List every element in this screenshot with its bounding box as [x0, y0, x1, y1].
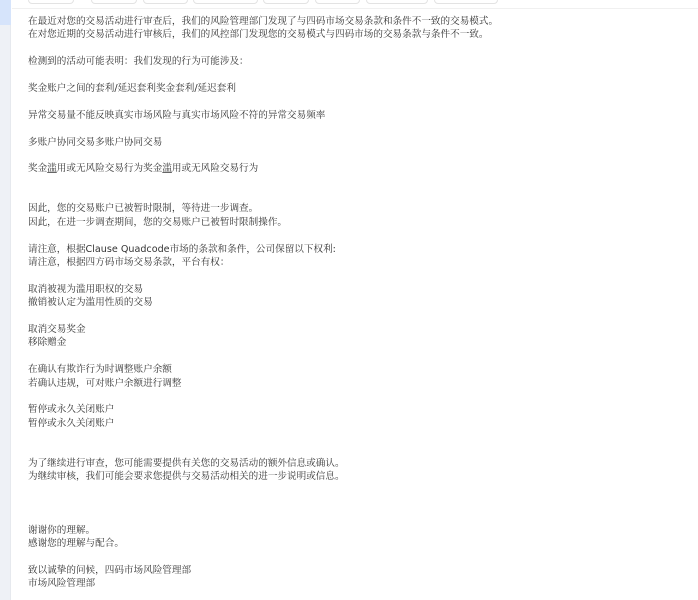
- right-cancel-bonus-2: 移除赠金: [28, 336, 688, 349]
- email-body: 在最近对您的交易活动进行审查后，我们的风险管理部门发现了与四码市场交易条款和条件…: [28, 15, 688, 591]
- text: 用或无风险交易行为: [172, 163, 258, 174]
- spacer: [28, 430, 688, 443]
- finding-multi-account: 多账户协同交易多账户协同交易: [28, 136, 688, 149]
- info-request-line-1: 为了继续进行审查，您可能需要提供有关您的交易活动的额外信息或确认。: [28, 457, 688, 470]
- finding-arbitrage: 奖金账户之间的套利/延迟套利奖金套利/延迟套利: [28, 82, 688, 95]
- toolbar-button-8[interactable]: [434, 0, 498, 4]
- right-close-account-1: 暂停或永久关闭账户: [28, 403, 688, 416]
- sidebar: [0, 0, 11, 600]
- info-request-line-2: 为继续审核，我们可能会要求您提供与交易活动相关的进一步说明或信息。: [28, 470, 688, 483]
- spacer: [28, 229, 688, 242]
- right-cancel-trades-2: 撤销被认定为滥用性质的交易: [28, 296, 688, 309]
- thanks-line-2: 感谢您的理解与配合。: [28, 537, 688, 550]
- spacer: [28, 350, 688, 363]
- toolbar: [12, 0, 698, 9]
- restriction-line-1: 因此，您的交易账户已被暂时限制，等待进一步调查。: [28, 202, 688, 215]
- email-viewer: 在最近对您的交易活动进行审查后，我们的风险管理部门发现了与四码市场交易条款和条件…: [0, 0, 698, 600]
- spacer: [28, 269, 688, 282]
- right-cancel-trades-1: 取消被视为滥用职权的交易: [28, 283, 688, 296]
- spacer: [28, 149, 688, 162]
- spacer: [28, 176, 688, 189]
- spacer: [28, 189, 688, 202]
- spacer: [28, 551, 688, 564]
- spacer: [28, 122, 688, 135]
- finding-bonus-abuse: 奖金滥用或无风险交易行为奖金滥用或无风险交易行为: [28, 162, 688, 175]
- toolbar-button-7[interactable]: [366, 0, 428, 4]
- intro-line-1: 在最近对您的交易活动进行审查后，我们的风险管理部门发现了与四码市场交易条款和条件…: [28, 15, 688, 28]
- detected-heading: 检测到的活动可能表明：我们发现的行为可能涉及：: [28, 55, 688, 68]
- thanks-line-1: 谢谢你的理解。: [28, 524, 688, 537]
- spacer: [28, 444, 688, 457]
- right-cancel-bonus-1: 取消交易奖金: [28, 323, 688, 336]
- sidebar-active-item[interactable]: [0, 0, 11, 25]
- spellcheck-underlined-word[interactable]: 滥: [162, 163, 172, 174]
- right-adjust-balance-1: 在确认有欺诈行为时调整账户余额: [28, 363, 688, 376]
- intro-line-2: 在对您近期的交易活动进行审核后，我们的风控部门发现您的交易模式与四码市场的交易条…: [28, 28, 688, 41]
- spacer: [28, 310, 688, 323]
- spacer: [28, 69, 688, 82]
- spacer: [28, 497, 688, 510]
- spellcheck-underlined-word[interactable]: 滥: [47, 163, 57, 174]
- signature-line-1: 致以诚挚的问候，四码市场风险管理部: [28, 564, 688, 577]
- toolbar-button-3[interactable]: [143, 0, 188, 4]
- toolbar-button-1[interactable]: [28, 0, 74, 4]
- restriction-line-2: 因此，在进一步调查期间，您的交易账户已被暂时限制操作。: [28, 216, 688, 229]
- spacer: [28, 42, 688, 55]
- finding-abnormal-volume: 异常交易量不能反映真实市场风险与真实市场风险不符的异常交易频率: [28, 109, 688, 122]
- toolbar-button-4[interactable]: [193, 0, 258, 4]
- rights-intro-line-1: 请注意，根据Clause Quadcode市场的条款和条件，公司保留以下权利:: [28, 243, 688, 256]
- spacer: [28, 390, 688, 403]
- right-close-account-2: 暂停或永久关闭账户: [28, 417, 688, 430]
- text: 用或无风险交易行为奖金: [57, 163, 163, 174]
- spacer: [28, 484, 688, 497]
- rights-intro-line-2: 请注意，根据四方码市场交易条款，平台有权：: [28, 256, 688, 269]
- text: 奖金: [28, 163, 47, 174]
- spacer: [28, 510, 688, 523]
- toolbar-button-6[interactable]: [315, 0, 360, 4]
- toolbar-button-5[interactable]: [263, 0, 309, 4]
- spacer: [28, 95, 688, 108]
- right-adjust-balance-2: 若确认违规，可对账户余额进行调整: [28, 377, 688, 390]
- toolbar-button-2[interactable]: [91, 0, 137, 4]
- signature-line-2: 市场风险管理部: [28, 577, 688, 590]
